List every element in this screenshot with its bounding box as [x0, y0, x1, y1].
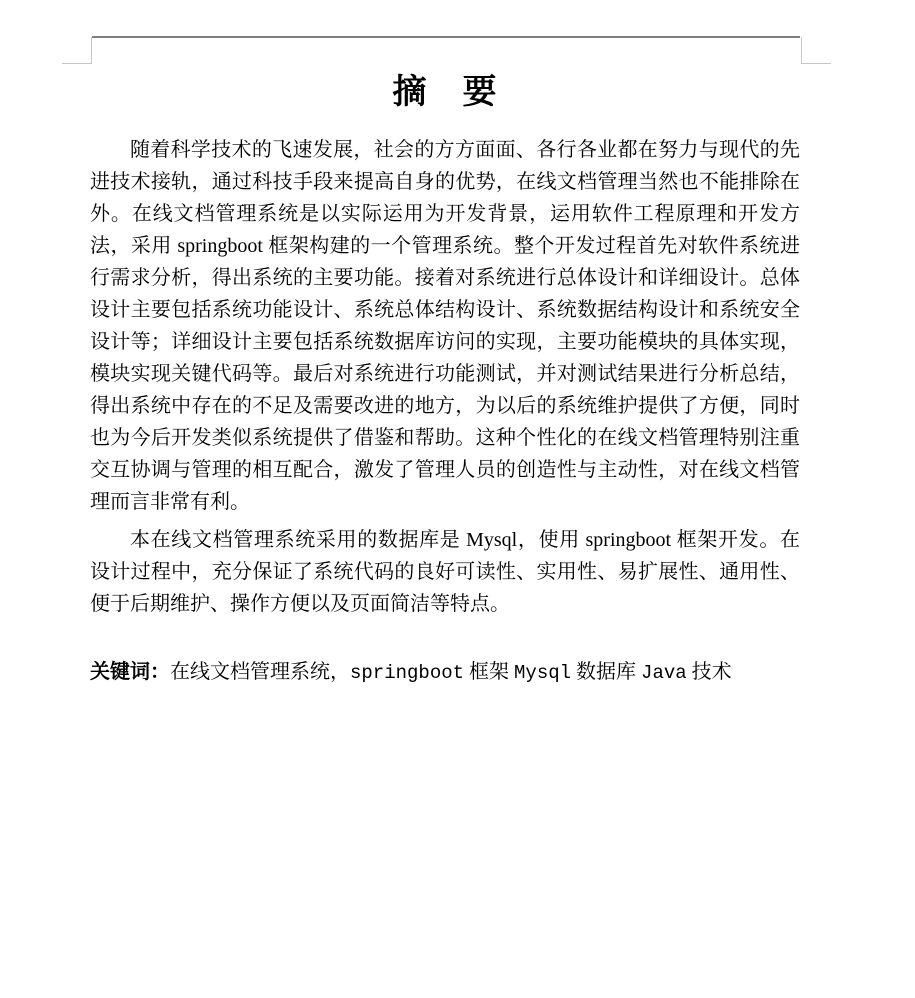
margin-corner-mark-right — [801, 37, 831, 64]
keywords-label: 关键词： — [90, 661, 170, 683]
header-rule — [92, 36, 800, 38]
margin-corner-mark-left — [62, 37, 92, 64]
abstract-paragraph-1: 随着科学技术的飞速发展，社会的方方面面、各行各业都在努力与现代的先进技术接轨，通… — [90, 134, 800, 518]
keyword-java: Java — [641, 662, 687, 684]
abstract-title: 摘 要 — [90, 70, 800, 114]
keyword-springboot: springboot — [350, 662, 464, 684]
abstract-paragraph-2: 本在线文档管理系统采用的数据库是 Mysql，使用 springboot 框架开… — [90, 524, 800, 620]
keyword-technology: 技术 — [687, 661, 732, 683]
document-page: 摘 要 随着科学技术的飞速发展，社会的方方面面、各行各业都在努力与现代的先进技术… — [0, 0, 915, 998]
keyword-system-name: 在线文档管理系统， — [170, 661, 350, 683]
keyword-mysql: Mysql — [514, 662, 571, 684]
keywords-line: 关键词：在线文档管理系统，springboot 框架 Mysql 数据库 Jav… — [90, 656, 800, 689]
keyword-framework: 框架 — [464, 661, 514, 683]
keyword-database: 数据库 — [571, 661, 641, 683]
abstract-content: 摘 要 随着科学技术的飞速发展，社会的方方面面、各行各业都在努力与现代的先进技术… — [90, 62, 800, 689]
